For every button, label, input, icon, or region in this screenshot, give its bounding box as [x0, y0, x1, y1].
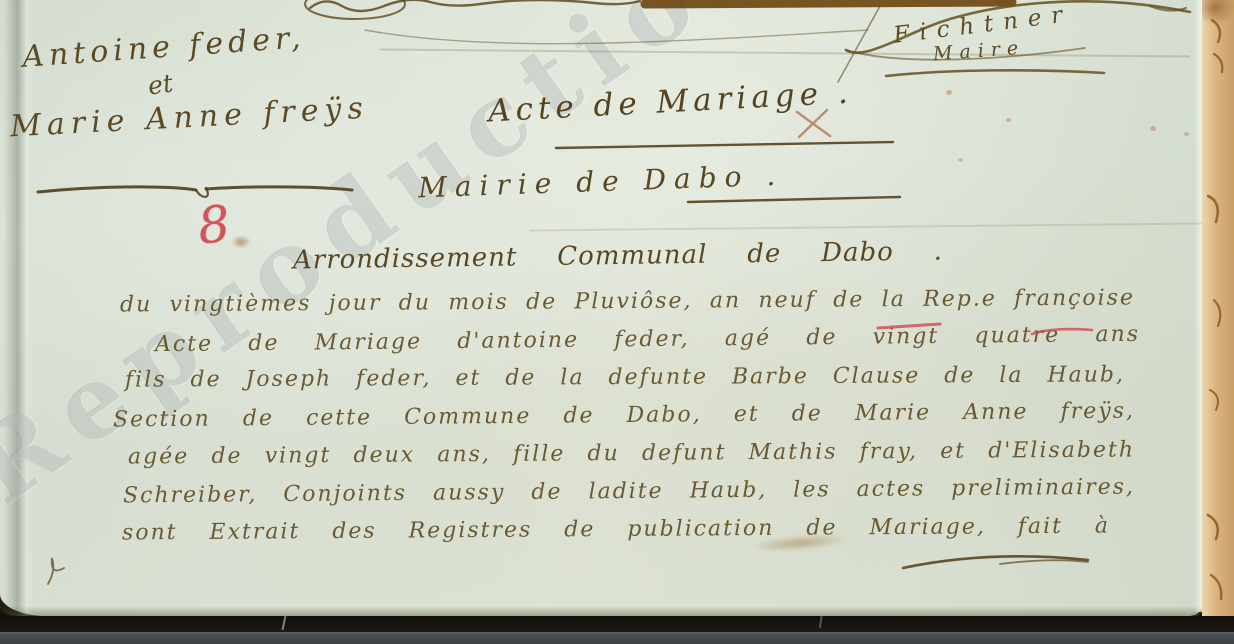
- body-line: fils de Joseph feder, et de la defunte B…: [125, 364, 1125, 391]
- archival-scan-viewport: Reproduction de l'a Antoine feder, et Ma…: [0, 0, 1234, 644]
- scanner-bed-gray-strip: [0, 630, 1234, 644]
- foxing-speckle: [958, 158, 963, 162]
- margin-conjunction: et: [146, 68, 175, 100]
- brown-spot-stain: [232, 236, 250, 248]
- entry-number-red: 8: [195, 194, 233, 255]
- foxing-speckle: [1150, 126, 1156, 131]
- page-edge-highlight: [1194, 0, 1202, 612]
- foxing-speckle: [1184, 132, 1189, 136]
- ink-blotch-on-edge: [1202, 0, 1234, 24]
- book-page-edge-strip: [1202, 0, 1234, 616]
- foxing-speckle: [946, 90, 952, 95]
- foxing-speckle: [1006, 118, 1011, 122]
